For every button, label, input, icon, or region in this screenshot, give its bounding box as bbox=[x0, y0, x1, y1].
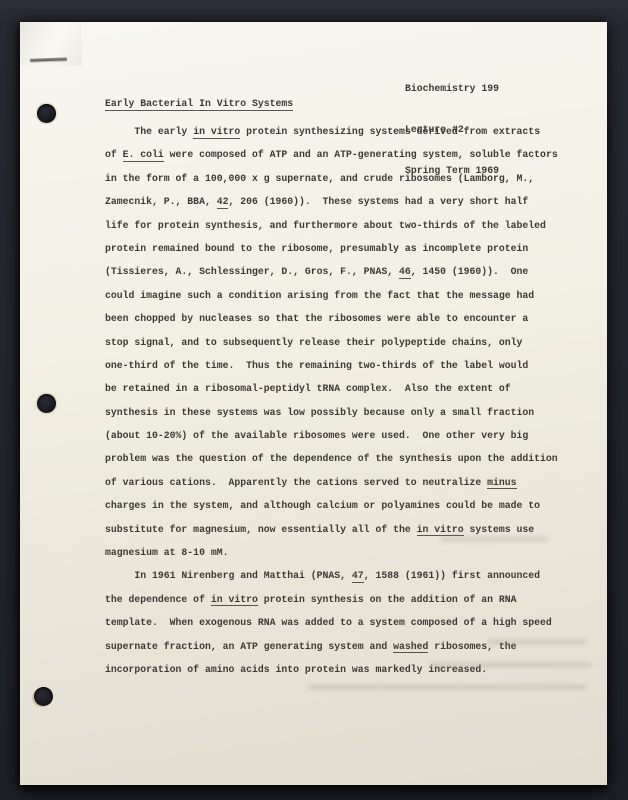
typed-line: (about 10-20%) of the available ribosome… bbox=[105, 424, 558, 447]
page-title-text: Early Bacterial In Vitro Systems bbox=[105, 98, 293, 111]
typed-line: charges in the system, and although calc… bbox=[105, 494, 558, 517]
typed-line: protein remained bound to the ribosome, … bbox=[105, 237, 558, 260]
typed-line: in the form of a 100,000 x g supernate, … bbox=[105, 167, 558, 190]
typed-line: could imagine such a condition arising f… bbox=[105, 284, 558, 307]
typed-line: The early in vitro protein synthesizing … bbox=[105, 120, 558, 143]
header-course: Biochemistry 199 bbox=[405, 82, 499, 96]
typed-line: (Tissieres, A., Schlessinger, D., Gros, … bbox=[105, 260, 558, 283]
punch-hole-middle bbox=[37, 394, 56, 413]
bleed-through-smudge bbox=[487, 639, 587, 645]
bleed-through-smudge bbox=[307, 684, 587, 690]
punch-hole-top bbox=[37, 104, 56, 123]
typed-line: In 1961 Nirenberg and Matthai (PNAS, 47,… bbox=[105, 564, 558, 587]
typed-line: of E. coli were composed of ATP and an A… bbox=[105, 143, 558, 166]
document-page: Biochemistry 199 Lecture #2 Spring Term … bbox=[20, 22, 607, 785]
typed-line: magnesium at 8-10 mM. bbox=[105, 541, 558, 564]
punch-hole-bottom bbox=[34, 687, 53, 706]
typed-line: template. When exogenous RNA was added t… bbox=[105, 611, 558, 634]
typed-line: be retained in a ribosomal-peptidyl tRNA… bbox=[105, 377, 558, 400]
typed-line: problem was the question of the dependen… bbox=[105, 447, 558, 470]
page-title: Early Bacterial In Vitro Systems bbox=[105, 97, 293, 111]
typed-line: synthesis in these systems was low possi… bbox=[105, 401, 558, 424]
typed-line: stop signal, and to subsequently release… bbox=[105, 331, 558, 354]
typed-line: life for protein synthesis, and furtherm… bbox=[105, 214, 558, 237]
typed-line: of various cations. Apparently the catio… bbox=[105, 471, 558, 494]
typed-line: the dependence of in vitro protein synth… bbox=[105, 588, 558, 611]
typed-line: been chopped by nucleases so that the ri… bbox=[105, 307, 558, 330]
typed-line: Zamecnik, P., BBA, 42, 206 (1960)). Thes… bbox=[105, 190, 558, 213]
typed-line: one-third of the time. Thus the remainin… bbox=[105, 354, 558, 377]
scan-backdrop: Biochemistry 199 Lecture #2 Spring Term … bbox=[0, 0, 628, 800]
bleed-through-smudge bbox=[440, 536, 548, 542]
typed-lines: The early in vitro protein synthesizing … bbox=[105, 120, 558, 681]
bleed-through-smudge bbox=[430, 662, 592, 668]
